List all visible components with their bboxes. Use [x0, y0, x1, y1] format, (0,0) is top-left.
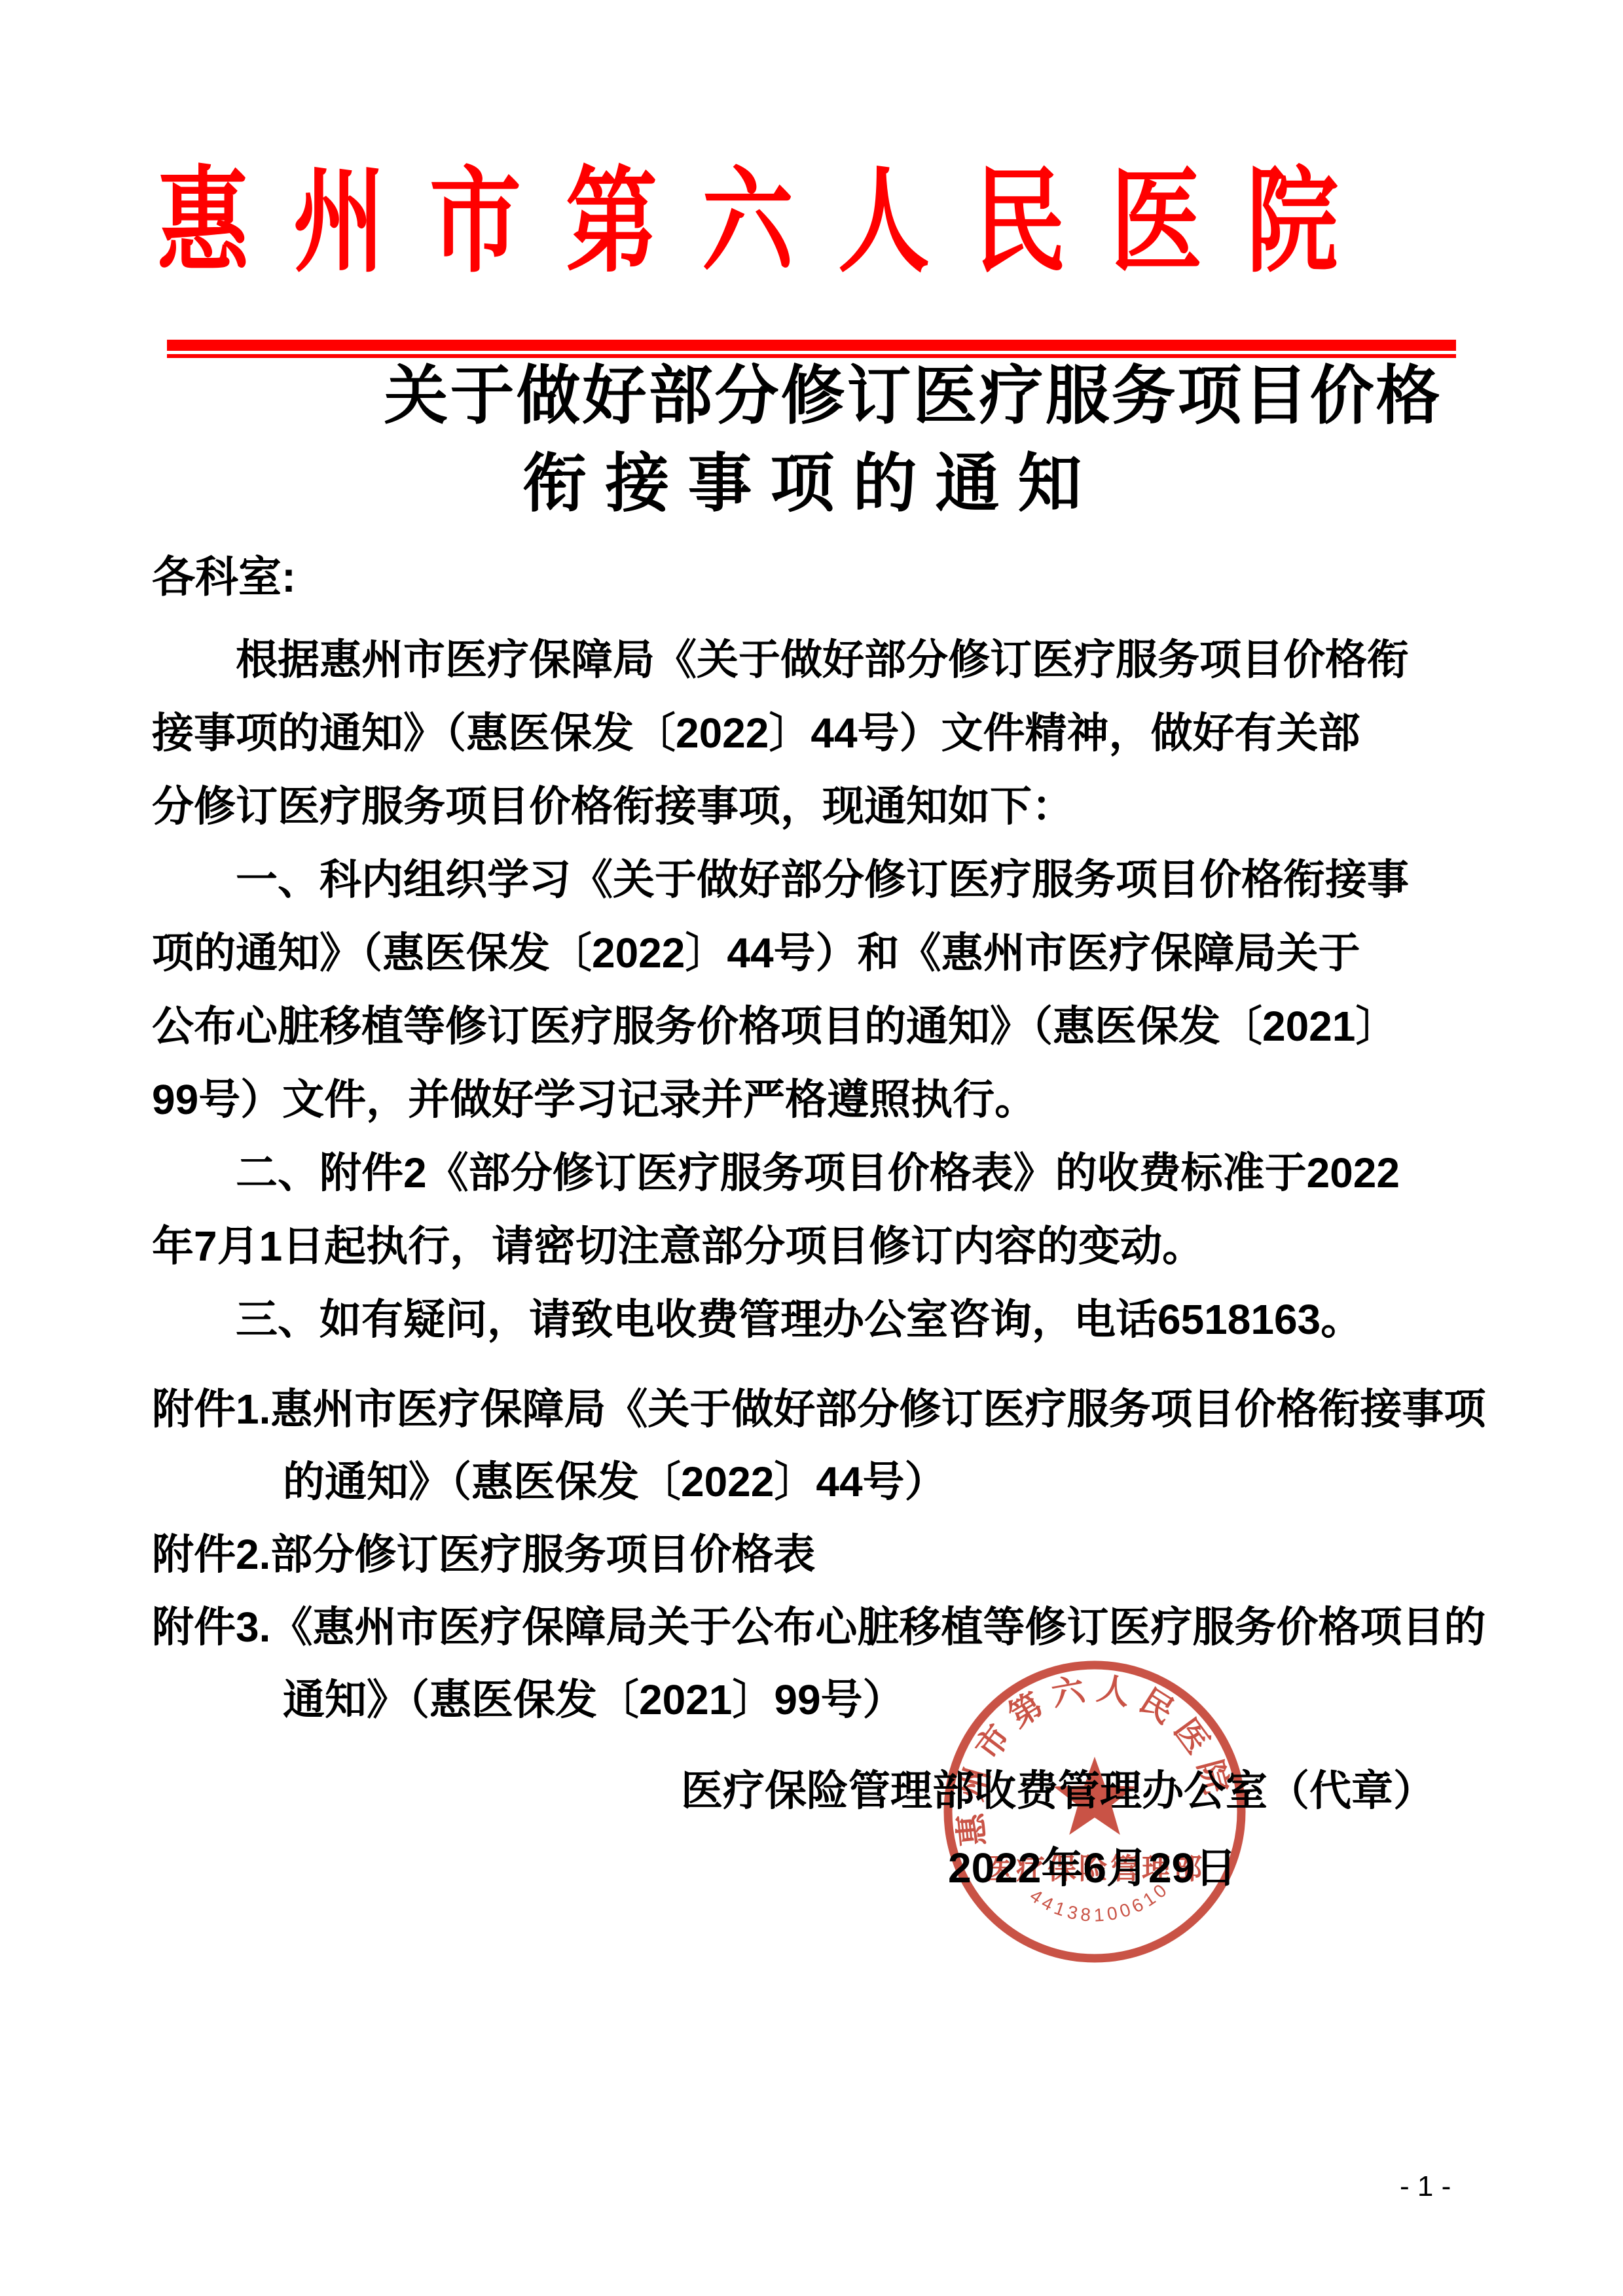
body-line: 一、科内组织学习《关于做好部分修订医疗服务项目价格衔接事 — [152, 843, 1481, 916]
hospital-letterhead-title: 惠州市第六人民医院 — [157, 165, 1383, 279]
notice-title-line2: 衔接事项的通知 — [0, 446, 1623, 520]
letterhead-rule-thick — [167, 340, 1456, 351]
notice-document-page: 惠州市第六人民医院 关于做好部分修订医疗服务项目价格 衔接事项的通知 各科室: … — [0, 0, 1623, 2296]
signature-date: 2022年6月29日 — [948, 1844, 1237, 1892]
attachment-line: 的通知》（惠医保发〔2022〕44号） — [152, 1446, 1527, 1518]
attachment-line: 附件1.惠州市医疗保障局《关于做好部分修订医疗服务项目价格衔接事项 — [152, 1373, 1527, 1446]
attachment-line: 附件3.《惠州市医疗保障局关于公布心脏移植等修订医疗服务价格项目的 — [152, 1591, 1527, 1664]
attachment-list: 附件1.惠州市医疗保障局《关于做好部分修订医疗服务项目价格衔接事项 的通知》（惠… — [152, 1373, 1527, 1736]
body-line: 接事项的通知》（惠医保发〔2022〕44号）文件精神，做好有关部 — [152, 696, 1481, 770]
attachment-line: 附件2.部分修订医疗服务项目价格表 — [152, 1518, 1527, 1591]
body-line: 分修订医疗服务项目价格衔接事项，现通知如下： — [152, 770, 1481, 843]
signature-department: 医疗保险管理部收费管理办公室（代章） — [681, 1767, 1435, 1814]
body-line: 公布心脏移植等修订医疗服务价格项目的通知》（惠医保发〔2021〕 — [152, 990, 1481, 1063]
notice-body: 根据惠州市医疗保障局《关于做好部分修订医疗服务项目价格衔 接事项的通知》（惠医保… — [152, 623, 1481, 1356]
page-number: - 1 - — [1400, 2170, 1451, 2203]
notice-title-line1: 关于做好部分修订医疗服务项目价格 — [0, 359, 1623, 432]
body-line: 99号）文件，并做好学习记录并严格遵照执行。 — [152, 1063, 1481, 1136]
body-line: 二、附件2《部分修订医疗服务项目价格表》的收费标准于2022 — [152, 1136, 1481, 1210]
body-line: 三、如有疑问，请致电收费管理办公室咨询，电话6518163。 — [152, 1283, 1481, 1356]
letterhead-rule-thin — [167, 354, 1456, 358]
body-line: 根据惠州市医疗保障局《关于做好部分修订医疗服务项目价格衔 — [152, 623, 1481, 696]
salutation: 各科室: — [152, 553, 296, 600]
body-line: 年7月1日起执行，请密切注意部分项目修订内容的变动。 — [152, 1210, 1481, 1283]
body-line: 项的通知》（惠医保发〔2022〕44号）和《惠州市医疗保障局关于 — [152, 916, 1481, 990]
attachment-line: 通知》（惠医保发〔2021〕99号） — [152, 1664, 1527, 1736]
notice-title: 关于做好部分修订医疗服务项目价格 衔接事项的通知 — [0, 359, 1623, 520]
